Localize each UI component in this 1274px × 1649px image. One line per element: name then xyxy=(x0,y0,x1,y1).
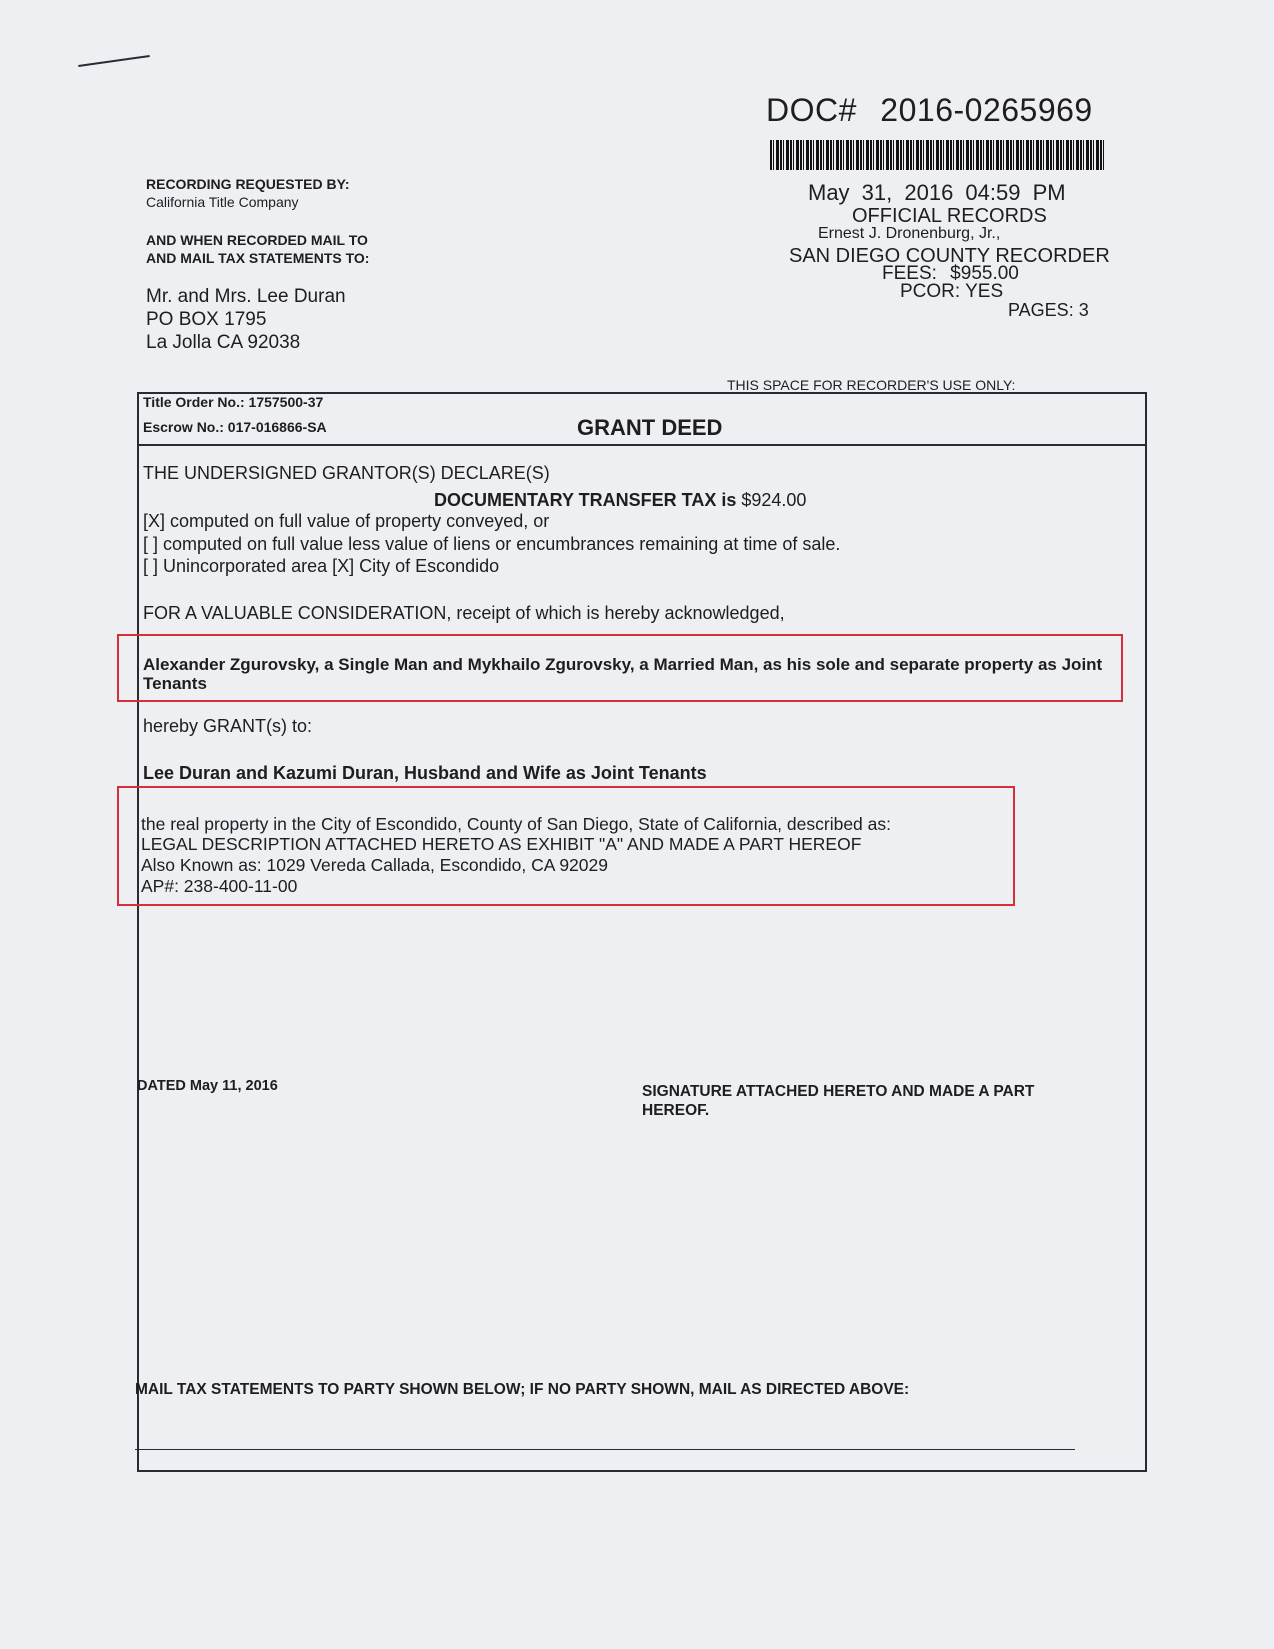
recorded-date: May 31, 2016 04:59 PM xyxy=(808,180,1066,206)
mail-to-label: AND WHEN RECORDED MAIL TO AND MAIL TAX S… xyxy=(146,231,369,267)
recorder-name: Ernest J. Dronenburg, Jr., xyxy=(818,225,1000,243)
parcel-number: AP#: 238-400-11-00 xyxy=(141,876,297,897)
grantee-names: Lee Duran and Kazumi Duran, Husband and … xyxy=(143,763,707,784)
grantor-declaration: THE UNDERSIGNED GRANTOR(S) DECLARE(S) xyxy=(143,463,550,484)
deed-title: GRANT DEED xyxy=(577,415,722,441)
consideration-clause: FOR A VALUABLE CONSIDERATION, receipt of… xyxy=(143,603,785,624)
recorder-space-label: THIS SPACE FOR RECORDER'S USE ONLY: xyxy=(727,377,1015,393)
pcor: PCOR: YES xyxy=(900,281,1003,303)
escrow-number: Escrow No.: 017-016866-SA xyxy=(143,419,327,435)
barcode xyxy=(770,140,1106,170)
tax-option-area: [ ] Unincorporated area [X] City of Esco… xyxy=(143,556,499,577)
signature-note: SIGNATURE ATTACHED HERETO AND MADE A PAR… xyxy=(642,1082,1102,1120)
legal-description-note: LEGAL DESCRIPTION ATTACHED HERETO AS EXH… xyxy=(141,834,861,855)
grant-clause: hereby GRANT(s) to: xyxy=(143,716,312,737)
transfer-tax: DOCUMENTARY TRANSFER TAX is $924.00 xyxy=(434,490,806,511)
requested-by: California Title Company xyxy=(146,194,299,210)
property-address: Also Known as: 1029 Vereda Callada, Esco… xyxy=(141,855,608,876)
tax-option-full-value: [X] computed on full value of property c… xyxy=(143,511,549,532)
dated: DATED May 11, 2016 xyxy=(137,1078,278,1094)
tax-option-less-liens: [ ] computed on full value less value of… xyxy=(143,534,840,555)
page-count: PAGES: 3 xyxy=(1008,300,1089,321)
pen-mark xyxy=(78,55,150,67)
property-description: the real property in the City of Escondi… xyxy=(141,814,891,835)
mail-tax-blank-line xyxy=(135,1449,1075,1450)
mail-to-address: Mr. and Mrs. Lee Duran PO BOX 1795 La Jo… xyxy=(146,285,346,354)
grantor-names: Alexander Zgurovsky, a Single Man and My… xyxy=(143,655,1103,693)
title-order-number: Title Order No.: 1757500-37 xyxy=(143,394,323,410)
requested-by-label: RECORDING REQUESTED BY: xyxy=(146,176,350,192)
mail-tax-note: MAIL TAX STATEMENTS TO PARTY SHOWN BELOW… xyxy=(135,1381,909,1399)
doc-number: DOC# 2016-0265969 xyxy=(766,92,1093,129)
header-divider xyxy=(139,444,1145,446)
